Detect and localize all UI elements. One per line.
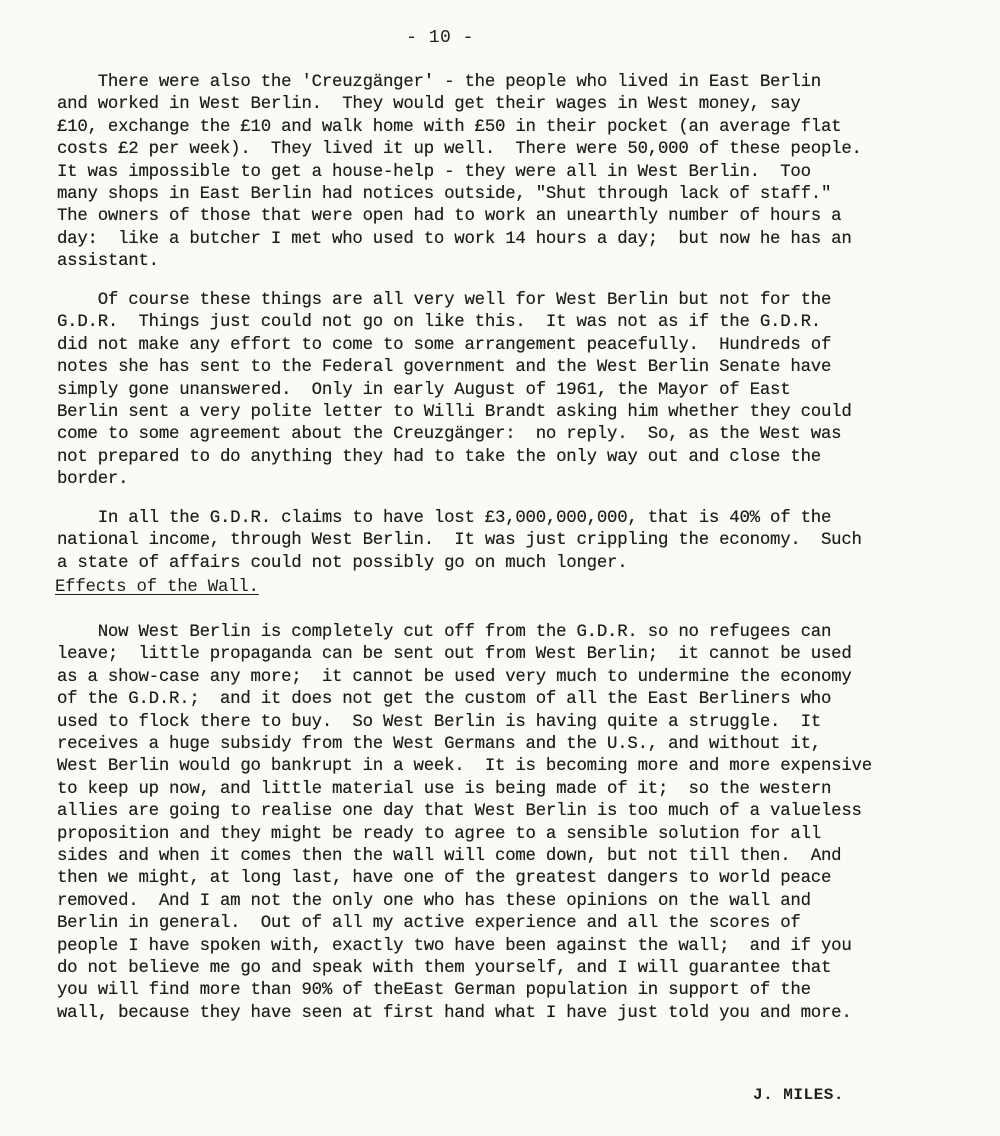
text-line: and worked in West Berlin. They would ge… (57, 94, 801, 116)
text-line: G.D.R. Things just could not go on like … (57, 312, 821, 334)
text-line: removed. And I am not the only one who h… (57, 891, 811, 913)
text-line: leave; little propaganda can be sent out… (57, 644, 852, 666)
text-line: receives a huge subsidy from the West Ge… (57, 734, 821, 756)
text-line: Berlin sent a very polite letter to Will… (57, 402, 852, 424)
text-line: you will find more than 90% of theEast G… (57, 980, 811, 1002)
text-line: notes she has sent to the Federal govern… (57, 357, 831, 379)
text-line: do not believe me go and speak with them… (57, 958, 831, 980)
section-heading: Effects of the Wall. (55, 578, 259, 597)
text-line: many shops in East Berlin had notices ou… (57, 184, 831, 206)
text-line: proposition and they might be ready to a… (57, 824, 821, 846)
text-line: come to some agreement about the Creuzgä… (57, 424, 841, 446)
text-line: allies are going to realise one day that… (57, 801, 862, 823)
text-line: people I have spoken with, exactly two h… (57, 936, 852, 958)
text-line: West Berlin would go bankrupt in a week.… (57, 756, 872, 778)
text-line: Of course these things are all very well… (57, 290, 831, 312)
text-line: national income, through West Berlin. It… (57, 530, 862, 552)
text-line: border. (57, 469, 128, 491)
text-line: as a show-case any more; it cannot be us… (57, 667, 852, 689)
text-line: day: like a butcher I met who used to wo… (57, 229, 852, 251)
text-line: costs £2 per week). They lived it up wel… (57, 139, 862, 161)
text-line: The owners of those that were open had t… (57, 206, 841, 228)
typewritten-page: - 10 - There were also the 'Creuzgänger'… (0, 0, 1000, 1136)
text-line: then we might, at long last, have one of… (57, 868, 831, 890)
signature: J. MILES. (753, 1086, 844, 1104)
text-line: wall, because they have seen at first ha… (57, 1003, 852, 1025)
text-line: sides and when it comes then the wall wi… (57, 846, 841, 868)
page-number: - 10 - (0, 28, 880, 48)
text-line: not prepared to do anything they had to … (57, 447, 821, 469)
text-line: a state of affairs could not possibly go… (57, 553, 627, 575)
text-line: simply gone unanswered. Only in early Au… (57, 380, 790, 402)
text-line: £10, exchange the £10 and walk home with… (57, 117, 841, 139)
text-line: to keep up now, and little material use … (57, 779, 831, 801)
text-line: Now West Berlin is completely cut off fr… (57, 622, 831, 644)
text-line: It was impossible to get a house-help - … (57, 162, 811, 184)
text-line: assistant. (57, 251, 159, 273)
text-line: did not make any effort to come to some … (57, 335, 831, 357)
text-line: of the G.D.R.; and it does not get the c… (57, 689, 831, 711)
text-line: There were also the 'Creuzgänger' - the … (57, 72, 821, 94)
text-line: Berlin in general. Out of all my active … (57, 913, 801, 935)
text-line: used to flock there to buy. So West Berl… (57, 712, 821, 734)
text-line: In all the G.D.R. claims to have lost £3… (57, 508, 831, 530)
